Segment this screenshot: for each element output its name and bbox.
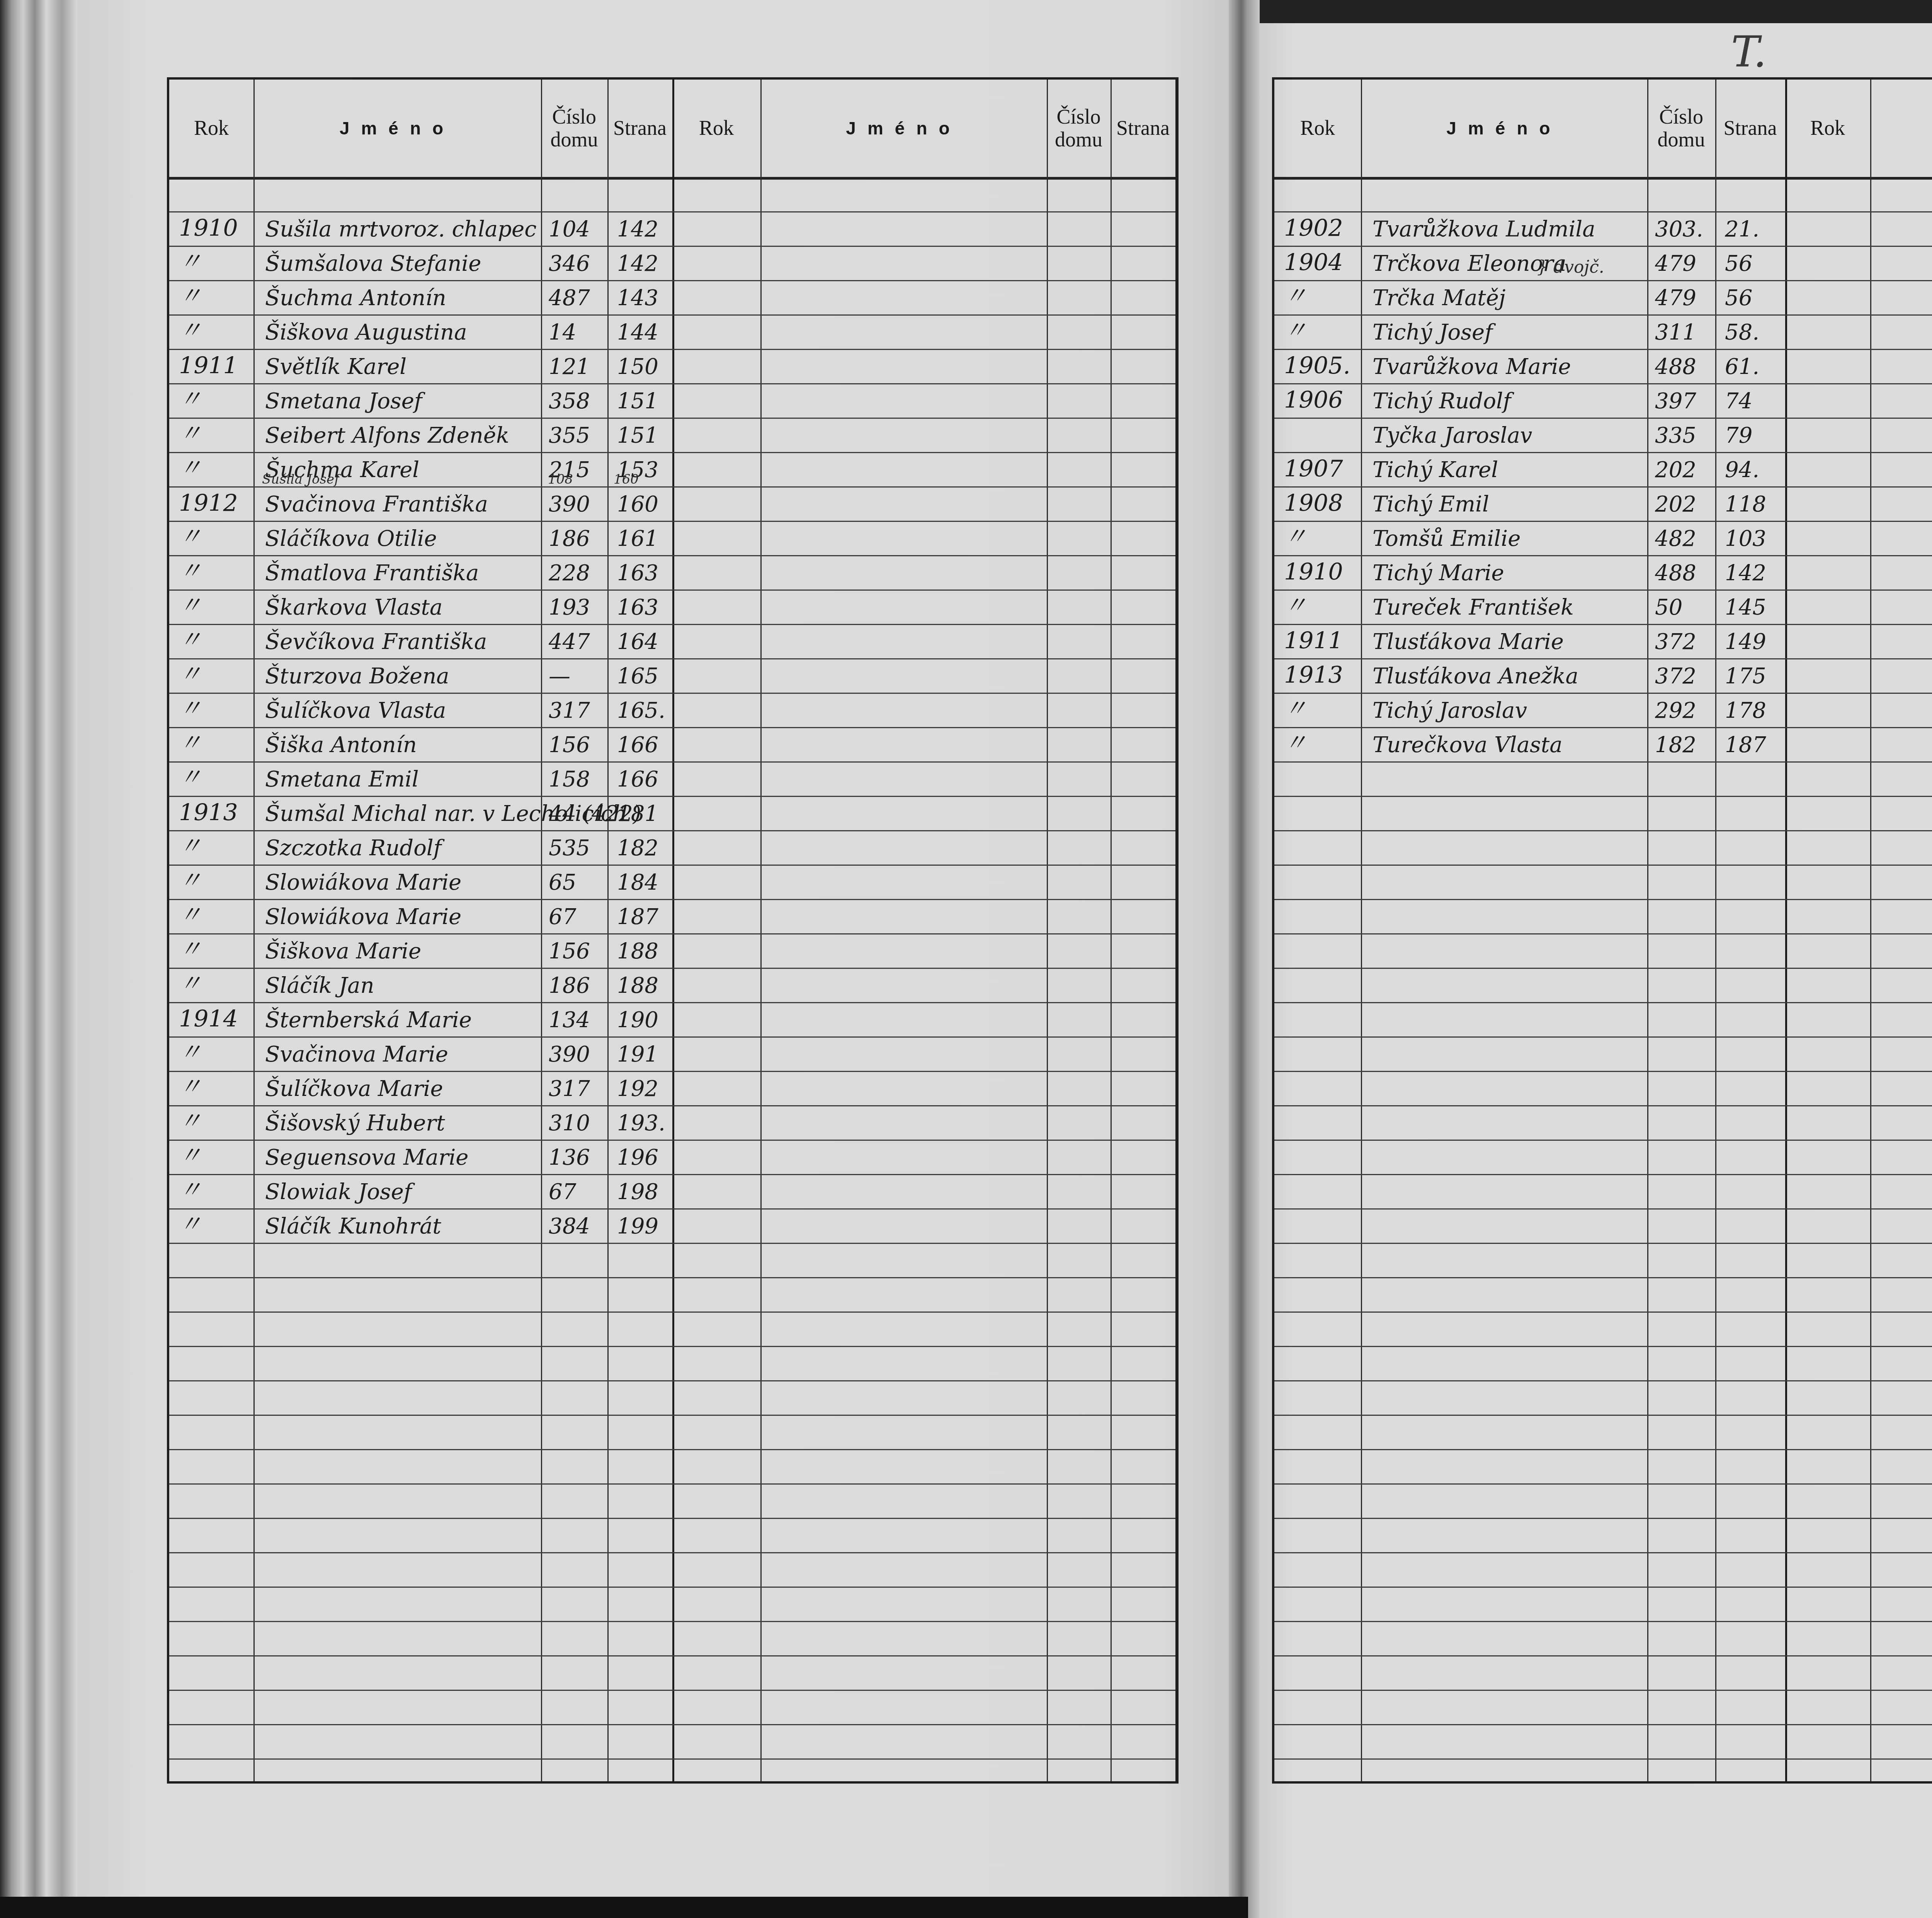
entry-year: 〃 bbox=[1284, 690, 1307, 723]
register-entry: 〃Šulíčkova Vlasta317165. bbox=[169, 693, 1175, 727]
header-jmeno-label: Jméno bbox=[1446, 119, 1561, 138]
entry-name: Turečkova Vlasta bbox=[1372, 732, 1563, 758]
entry-name: Svačinova Františka bbox=[265, 492, 488, 517]
ruled-line bbox=[169, 1380, 1175, 1381]
header-jmeno: Jméno bbox=[1870, 80, 1932, 177]
entry-year: 〃 bbox=[1284, 518, 1307, 551]
entry-house-number: 358 bbox=[549, 389, 590, 414]
entry-page-number: 184 bbox=[617, 870, 658, 895]
header-rok: Rok bbox=[672, 80, 760, 177]
entry-house-number: 186 bbox=[549, 973, 590, 998]
entry-name: Šiškova Augustina bbox=[265, 320, 467, 345]
entry-house-number: 335 bbox=[1655, 423, 1696, 448]
entry-year: 1904 bbox=[1284, 249, 1343, 276]
register-entry: 1905.Tvarůžkova Marie48861. bbox=[1274, 349, 1932, 383]
entry-page-number: 150 bbox=[617, 354, 658, 379]
header-cislo-line2: domu bbox=[1055, 128, 1102, 151]
entry-year: 〃 bbox=[179, 1103, 202, 1136]
ruled-line bbox=[1274, 865, 1932, 866]
entry-year: 1911 bbox=[1284, 627, 1343, 654]
entry-house-number: 488 bbox=[1655, 354, 1696, 379]
entry-year: 〃 bbox=[179, 724, 202, 758]
ruled-line bbox=[1274, 1655, 1932, 1656]
entry-year: 1906 bbox=[1284, 387, 1343, 414]
entry-name: Smetana Emil bbox=[265, 767, 419, 792]
entry-house-number: 397 bbox=[1655, 389, 1696, 414]
ruled-line bbox=[1274, 830, 1932, 831]
entry-house-number: 390 bbox=[549, 492, 590, 517]
entry-house-number: 67 bbox=[549, 1179, 576, 1204]
ruled-line bbox=[169, 1621, 1175, 1622]
header-rok-label: Rok bbox=[1810, 117, 1845, 139]
register-entry: 1913Tlusťákova Anežka372175 bbox=[1274, 658, 1932, 693]
entry-name: Šuchma Antonín bbox=[265, 285, 446, 311]
entry-house-number: 14 bbox=[549, 320, 576, 345]
register-entry: 1910Sušila mrtvoroz. chlapec104142 bbox=[169, 211, 1175, 246]
entry-name: Tichý Karel bbox=[1372, 457, 1498, 482]
entry-name: Tlusťákova Anežka bbox=[1372, 664, 1578, 689]
header-strana-label: Strana bbox=[1116, 117, 1170, 139]
entry-house-number: 156 bbox=[549, 939, 590, 964]
entry-page-number: 196 bbox=[617, 1145, 658, 1170]
entry-year: 〃 bbox=[179, 415, 202, 448]
book-spine-left bbox=[0, 0, 85, 1918]
entry-year: 〃 bbox=[179, 931, 202, 964]
header-cislo-line2: domu bbox=[550, 128, 598, 151]
entry-house-number: 487 bbox=[549, 285, 590, 311]
entry-page-number: 161 bbox=[617, 526, 658, 551]
entry-page-number: 144 bbox=[617, 320, 658, 345]
entry-page-number: 56 bbox=[1725, 285, 1752, 311]
entry-house-number: 67 bbox=[549, 904, 576, 929]
ruled-line bbox=[1274, 899, 1932, 900]
entry-year: 〃 bbox=[179, 862, 202, 895]
entry-year: 〃 bbox=[179, 1206, 202, 1239]
entry-page-number: 165 bbox=[617, 664, 658, 689]
header-cislo-line2: domu bbox=[1657, 128, 1705, 151]
register-entry: 1907Tichý Karel20294. bbox=[1274, 452, 1932, 486]
entry-year: 〃 bbox=[1284, 587, 1307, 620]
ruled-line bbox=[1274, 1105, 1932, 1106]
ruled-line bbox=[1274, 1036, 1932, 1038]
entry-house-number: 482 bbox=[1655, 526, 1696, 551]
entry-house-number: 158 bbox=[549, 767, 590, 792]
entry-page-number: 21. bbox=[1725, 217, 1759, 242]
register-entry: 1911Tlusťákova Marie372149 bbox=[1274, 624, 1932, 658]
register-entry: 1913Šumšal Michal nar. v Lecholicích44 (… bbox=[169, 796, 1175, 830]
entry-name: Tomšů Emilie bbox=[1372, 526, 1520, 551]
entry-name: Tichý Josef bbox=[1372, 320, 1493, 345]
register-entry: 〃Tomšů Emilie482103 bbox=[1274, 521, 1932, 555]
entry-house-number: 65 bbox=[549, 870, 576, 895]
entry-house-number: 535 bbox=[549, 836, 590, 861]
entry-name: Szczotka Rudolf bbox=[265, 836, 442, 861]
entry-page-number: 192 bbox=[617, 1076, 658, 1101]
entry-page-number: 142 bbox=[617, 251, 658, 276]
entry-year: 〃 bbox=[179, 312, 202, 345]
register-entry: 1914Šternberská Marie134190 bbox=[169, 1002, 1175, 1036]
entry-name: Tichý Emil bbox=[1372, 492, 1489, 517]
ruled-line bbox=[1274, 1140, 1932, 1141]
header-cislo-line1: Číslo bbox=[1055, 105, 1102, 128]
entry-page-number: 79 bbox=[1725, 423, 1752, 448]
entry-page-number: 145 bbox=[1725, 595, 1766, 620]
entry-house-number: 228 bbox=[549, 561, 590, 586]
entry-year: 〃 bbox=[179, 1068, 202, 1101]
ruled-line bbox=[1274, 796, 1932, 797]
entry-name: Slowiákova Marie bbox=[265, 904, 461, 929]
ruled-line bbox=[1274, 1621, 1932, 1622]
header-jmeno: Jméno bbox=[760, 80, 1047, 177]
ruled-line bbox=[1274, 1552, 1932, 1553]
entry-name: Tvarůžkova Ludmila bbox=[1372, 217, 1595, 242]
interlinear-note-name: Sušila Josef bbox=[262, 472, 339, 487]
entry-page-number: 56 bbox=[1725, 251, 1752, 276]
header-cislo-text: Číslodomu bbox=[1055, 105, 1102, 151]
register-entry: 〃Ševčíkova Františka447164 bbox=[169, 624, 1175, 658]
entry-year: 〃 bbox=[179, 381, 202, 414]
register-entry: 〃Seibert Alfons Zdeněk355151 bbox=[169, 418, 1175, 452]
register-entry: 〃Tichý Josef31158. bbox=[1274, 314, 1932, 349]
register-entry: 〃Sláčíkova Otilie186161 bbox=[169, 521, 1175, 555]
entry-page-number: 142 bbox=[1725, 561, 1766, 586]
register-entry: 〃Sláčík Kunohrát384199 bbox=[169, 1208, 1175, 1243]
entry-page-number: 163 bbox=[617, 595, 658, 620]
ruled-line bbox=[1274, 1587, 1932, 1588]
entry-year: 1914 bbox=[179, 1006, 238, 1033]
entry-name: Seibert Alfons Zdeněk bbox=[265, 423, 509, 448]
entry-house-number: 346 bbox=[549, 251, 590, 276]
ruled-line bbox=[1274, 1483, 1932, 1485]
ruled-line bbox=[169, 1518, 1175, 1519]
ruled-line bbox=[169, 1346, 1175, 1347]
entry-page-number: 181 bbox=[617, 801, 658, 826]
register-entry: 〃Slowiak Josef67198 bbox=[169, 1174, 1175, 1208]
header-rok: Rok bbox=[1274, 80, 1361, 177]
book-gutter bbox=[1229, 0, 1260, 1918]
register-entry: 〃Seguensova Marie136196 bbox=[169, 1140, 1175, 1174]
ruled-line bbox=[169, 1655, 1175, 1656]
header-jmeno-label: Jméno bbox=[846, 119, 961, 138]
entry-page-number: 142 bbox=[617, 217, 658, 242]
header-rok-label: Rok bbox=[699, 117, 734, 139]
register-entry: 〃Šmatlova Františka228163 bbox=[169, 555, 1175, 590]
entry-year: 1913 bbox=[179, 799, 238, 826]
entry-year: 〃 bbox=[179, 621, 202, 654]
ruled-line bbox=[1274, 1312, 1932, 1313]
entry-house-number: 303. bbox=[1655, 217, 1703, 242]
header-jmeno: Jméno bbox=[1361, 80, 1647, 177]
entry-house-number: 186 bbox=[549, 526, 590, 551]
entry-year: 1905. bbox=[1284, 352, 1350, 379]
entry-name: Šiškova Marie bbox=[265, 939, 421, 964]
register-entry: 1910Tichý Marie488142 bbox=[1274, 555, 1932, 590]
ruled-line bbox=[1274, 1415, 1932, 1416]
entry-name: Šternberská Marie bbox=[265, 1007, 472, 1033]
register-entry: 〃Šiškova Marie156188 bbox=[169, 933, 1175, 968]
entry-year: 〃 bbox=[179, 449, 202, 482]
register-entry: 〃Sláčík Jan186188 bbox=[169, 968, 1175, 1002]
ruled-line bbox=[1274, 1449, 1932, 1450]
entry-year: 〃 bbox=[179, 1034, 202, 1067]
entry-page-number: 166 bbox=[617, 732, 658, 758]
entry-year: 〃 bbox=[179, 277, 202, 311]
entry-year: 〃 bbox=[179, 1171, 202, 1204]
register-entry: 〃Smetana Josef358151 bbox=[169, 383, 1175, 418]
header-strana: Strana bbox=[607, 80, 672, 177]
register-entry: 1908Tichý Emil202118 bbox=[1274, 486, 1932, 521]
header-cislo: Číslodomu bbox=[541, 80, 607, 177]
register-entry: 〃Slowiákova Marie67187 bbox=[169, 899, 1175, 933]
entry-name: Sláčík Jan bbox=[265, 973, 374, 998]
header-cislo: Číslodomu bbox=[1047, 80, 1111, 177]
entry-year: 〃 bbox=[179, 518, 202, 551]
register-entry: 〃Tichý Jaroslav292178 bbox=[1274, 693, 1932, 727]
entry-page-number: 191 bbox=[617, 1042, 658, 1067]
entry-house-number: — bbox=[549, 664, 570, 689]
entry-house-number: 50 bbox=[1655, 595, 1682, 620]
ruled-line bbox=[1274, 1071, 1932, 1072]
entry-page-number: 74 bbox=[1725, 389, 1752, 414]
register-entry: 〃Tureček František50145 bbox=[1274, 590, 1932, 624]
ruled-line bbox=[169, 1312, 1175, 1313]
header-cislo-text: Číslodomu bbox=[550, 105, 598, 151]
ruled-line bbox=[169, 1690, 1175, 1691]
ruled-line bbox=[169, 1415, 1175, 1416]
scan-background-bottom bbox=[0, 1897, 1248, 1918]
entry-page-number: 187 bbox=[1725, 732, 1766, 758]
entry-year: 〃 bbox=[179, 759, 202, 792]
interlinear-note-house-number: 108 bbox=[548, 472, 573, 487]
entry-house-number: 488 bbox=[1655, 561, 1696, 586]
entry-house-number: 202 bbox=[1655, 492, 1696, 517]
ruled-line bbox=[169, 1449, 1175, 1450]
entry-house-number: 372 bbox=[1655, 664, 1696, 689]
register-entry: 〃Šiška Antonín156166 bbox=[169, 727, 1175, 761]
header-rok-label: Rok bbox=[1300, 117, 1335, 139]
entry-house-number: 156 bbox=[549, 732, 590, 758]
entry-name: Škarkova Vlasta bbox=[265, 595, 442, 620]
ruled-line bbox=[1274, 1518, 1932, 1519]
entry-year: 〃 bbox=[179, 896, 202, 929]
header-jmeno: Jméno bbox=[253, 80, 541, 177]
entry-name: Tyčka Jaroslav bbox=[1372, 423, 1532, 448]
register-entry: 〃Šumšalova Stefanie346142 bbox=[169, 246, 1175, 280]
ruled-line bbox=[169, 1552, 1175, 1553]
register-entry: 〃Šturzova Božena—165 bbox=[169, 658, 1175, 693]
ruled-line bbox=[1274, 761, 1932, 763]
entry-name: Seguensova Marie bbox=[265, 1145, 468, 1170]
entry-page-number: 149 bbox=[1725, 629, 1766, 654]
register-entry: 〃Trčka Matěj47956 bbox=[1274, 280, 1932, 314]
ruled-line bbox=[1274, 1380, 1932, 1381]
entry-page-number: 94. bbox=[1725, 457, 1759, 482]
entry-name: Smetana Josef bbox=[265, 389, 422, 414]
ruled-line bbox=[1274, 1346, 1932, 1347]
register-entry: Tyčka Jaroslav33579 bbox=[1274, 418, 1932, 452]
ruled-line bbox=[169, 1724, 1175, 1725]
entry-page-number: 118 bbox=[1725, 492, 1766, 517]
entry-house-number: 182 bbox=[1655, 732, 1696, 758]
register-entry: 〃Slowiákova Marie65184 bbox=[169, 865, 1175, 899]
entry-name: Tichý Marie bbox=[1372, 561, 1504, 586]
entry-year: 〃 bbox=[179, 690, 202, 723]
entry-house-number: 317 bbox=[549, 1076, 590, 1101]
header-rok: Rok bbox=[169, 80, 253, 177]
entry-name: Tureček František bbox=[1372, 595, 1574, 620]
ruled-line bbox=[169, 1587, 1175, 1588]
entry-year: 〃 bbox=[1284, 724, 1307, 758]
entry-name: Tichý Jaroslav bbox=[1372, 698, 1527, 723]
entry-name: Tichý Rudolf bbox=[1372, 389, 1511, 414]
entry-year: 〃 bbox=[179, 827, 202, 861]
entry-page-number: 175 bbox=[1725, 664, 1766, 689]
entry-page-number: 193. bbox=[617, 1111, 665, 1136]
entry-year: 〃 bbox=[179, 656, 202, 689]
register-entry: 〃Šiškova Augustina14144 bbox=[169, 314, 1175, 349]
entry-name: Šulíčkova Marie bbox=[265, 1076, 443, 1101]
entry-page-number: 166 bbox=[617, 767, 658, 792]
entry-year: 〃 bbox=[1284, 312, 1307, 345]
entry-page-number: 182 bbox=[617, 836, 658, 861]
entry-page-number: 151 bbox=[617, 389, 658, 414]
right-register-table: RokJménoČíslodomuStranaRokJménoČíslodomu… bbox=[1272, 77, 1932, 1784]
entry-name: Šmatlova Františka bbox=[265, 561, 479, 586]
entry-name: Slowiákova Marie bbox=[265, 870, 461, 895]
register-entry: 1912Svačinova Františka390160 bbox=[169, 486, 1175, 521]
header-strana-label: Strana bbox=[613, 117, 667, 139]
entry-name: Tvarůžkova Marie bbox=[1372, 354, 1571, 379]
ruled-line bbox=[1274, 933, 1932, 934]
entry-page-number: 164 bbox=[617, 629, 658, 654]
entry-house-number: 136 bbox=[549, 1145, 590, 1170]
header-rok-label: Rok bbox=[194, 117, 229, 139]
entry-year: 〃 bbox=[179, 243, 202, 276]
header-cislo-text: Číslodomu bbox=[1657, 105, 1705, 151]
header-cislo-line1: Číslo bbox=[1657, 105, 1705, 128]
register-entry: 〃Šuchma Antonín487143 bbox=[169, 280, 1175, 314]
entry-year: 〃 bbox=[179, 1137, 202, 1170]
entry-house-number: 479 bbox=[1655, 285, 1696, 311]
entry-page-number: 160 bbox=[617, 492, 658, 517]
entry-house-number: 202 bbox=[1655, 457, 1696, 482]
register-entry: 〃Svačinova Marie390191 bbox=[169, 1036, 1175, 1071]
entry-year: 〃 bbox=[179, 965, 202, 998]
header-cislo: Číslodomu bbox=[1647, 80, 1715, 177]
ruled-line bbox=[1274, 1724, 1932, 1725]
register-entry: 〃Šulíčkova Marie317192 bbox=[169, 1071, 1175, 1105]
register-entry: 1911Světlík Karel121150 bbox=[169, 349, 1175, 383]
entry-page-number: 187 bbox=[617, 904, 658, 929]
entry-house-number: 355 bbox=[549, 423, 590, 448]
header-strana-label: Strana bbox=[1724, 117, 1777, 139]
ruled-line bbox=[1274, 1208, 1932, 1210]
entry-name: Šturzova Božena bbox=[265, 664, 449, 689]
entry-year: 1907 bbox=[1284, 455, 1343, 482]
ruled-line bbox=[1274, 1758, 1932, 1760]
entry-year: 〃 bbox=[179, 552, 202, 586]
register-entry: 〃Škarkova Vlasta193163 bbox=[169, 590, 1175, 624]
ruled-line bbox=[1274, 968, 1932, 969]
entry-name: Šulíčkova Vlasta bbox=[265, 698, 446, 723]
entry-page-number: 188 bbox=[617, 973, 658, 998]
register-entry: 〃Šišovský Hubert310193. bbox=[169, 1105, 1175, 1140]
entry-house-number: 104 bbox=[549, 217, 590, 242]
header-jmeno-label: Jméno bbox=[340, 119, 455, 138]
register-entry: 1906Tichý Rudolf39774 bbox=[1274, 383, 1932, 418]
entry-page-number: 151 bbox=[617, 423, 658, 448]
header-rok: Rok bbox=[1785, 80, 1870, 177]
entry-house-number: 372 bbox=[1655, 629, 1696, 654]
entry-name: Ševčíkova Františka bbox=[265, 629, 487, 654]
header-strana: Strana bbox=[1715, 80, 1785, 177]
entry-name: Svačinova Marie bbox=[265, 1042, 448, 1067]
ruled-line bbox=[1274, 1690, 1932, 1691]
ruled-line bbox=[1274, 1243, 1932, 1244]
entry-house-number: 311 bbox=[1655, 320, 1696, 345]
entry-house-number: 447 bbox=[549, 629, 590, 654]
entry-page-number: 143 bbox=[617, 285, 658, 311]
entry-name: Slowiak Josef bbox=[265, 1179, 412, 1204]
entry-name: Šišovský Hubert bbox=[265, 1111, 445, 1136]
entry-name: Sušila mrtvoroz. chlapec bbox=[265, 217, 537, 242]
entry-year: 1910 bbox=[179, 215, 238, 242]
entry-page-number: 61. bbox=[1725, 354, 1759, 379]
entry-page-number: 163 bbox=[617, 561, 658, 586]
ruled-line bbox=[169, 1243, 1175, 1244]
entry-page-number: 199 bbox=[617, 1214, 658, 1239]
entry-name: Sláčíkova Otilie bbox=[265, 526, 437, 551]
entry-house-number: 384 bbox=[549, 1214, 590, 1239]
entry-house-number: 134 bbox=[549, 1007, 590, 1033]
entry-name: Šiška Antonín bbox=[265, 732, 417, 758]
ruled-line bbox=[169, 1277, 1175, 1278]
entry-house-number: 317 bbox=[549, 698, 590, 723]
entry-year: 1911 bbox=[179, 352, 238, 379]
twins-bracket-note: } dvojč. bbox=[1537, 257, 1604, 277]
entry-page-number: 103 bbox=[1725, 526, 1766, 551]
entry-year: 1912 bbox=[179, 490, 238, 517]
entry-name: Šumšalova Stefanie bbox=[265, 251, 481, 276]
ruled-line bbox=[1274, 1002, 1932, 1003]
entry-name: Sláčík Kunohrát bbox=[265, 1214, 441, 1239]
entry-page-number: 58. bbox=[1725, 320, 1759, 345]
entry-page-number: 178 bbox=[1725, 698, 1766, 723]
register-entry: 〃Szczotka Rudolf535182 bbox=[169, 830, 1175, 865]
interlinear-note-page-number: 160 bbox=[614, 472, 639, 487]
entry-house-number: 310 bbox=[549, 1111, 590, 1136]
entry-page-number: 165. bbox=[617, 698, 665, 723]
ruled-line bbox=[169, 1483, 1175, 1485]
entry-year: 1902 bbox=[1284, 215, 1343, 242]
entry-page-number: 198 bbox=[617, 1179, 658, 1204]
entry-year: 〃 bbox=[179, 587, 202, 620]
left-register-table: RokJménoČíslodomuStranaRokJménoČíslodomu… bbox=[167, 77, 1179, 1784]
entry-year: 1910 bbox=[1284, 559, 1343, 586]
entry-year: 〃 bbox=[1284, 277, 1307, 311]
entry-page-number: 188 bbox=[617, 939, 658, 964]
entry-name: Světlík Karel bbox=[265, 354, 406, 379]
entry-year: 1908 bbox=[1284, 490, 1343, 517]
ruled-line bbox=[1274, 1277, 1932, 1278]
header-strana: Strana bbox=[1111, 80, 1175, 177]
entry-name: Trčka Matěj bbox=[1372, 285, 1505, 311]
entry-house-number: 193 bbox=[549, 595, 590, 620]
page-index-letter: T. bbox=[1731, 27, 1767, 76]
entry-house-number: 121 bbox=[549, 354, 590, 379]
header-cislo-line1: Číslo bbox=[550, 105, 598, 128]
twins-note-text: dvojč. bbox=[1553, 257, 1604, 277]
